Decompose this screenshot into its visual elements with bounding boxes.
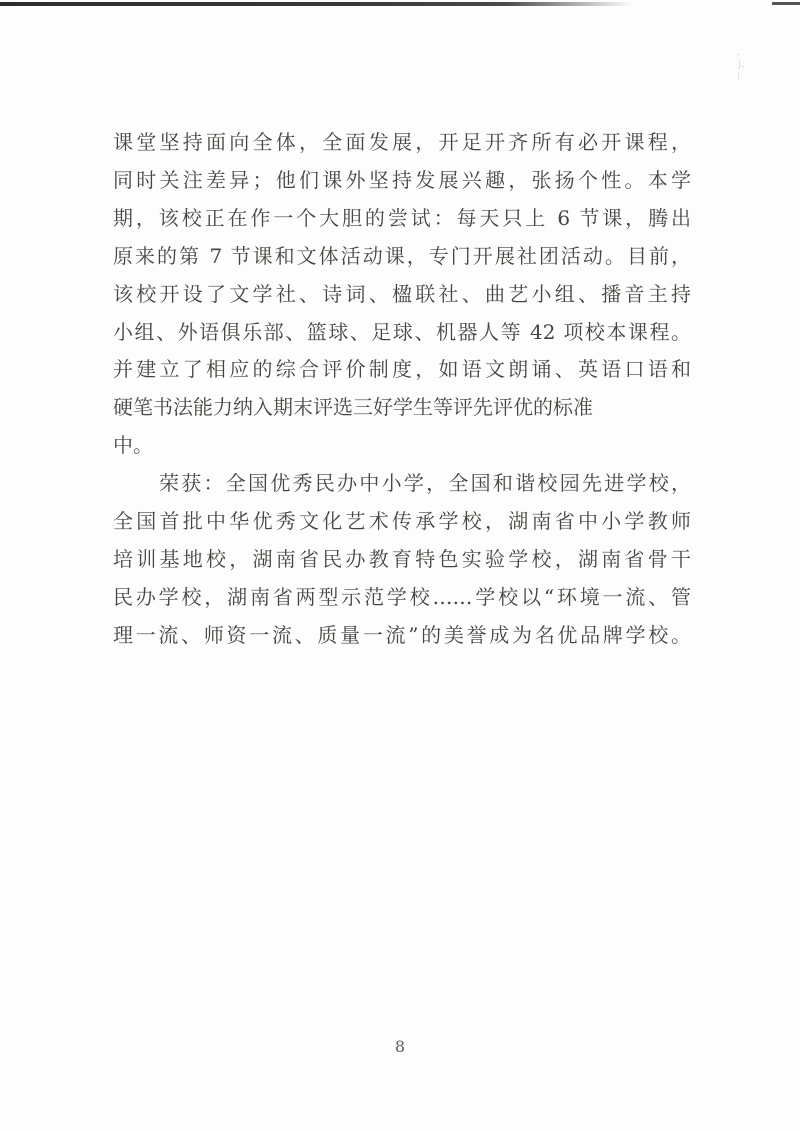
page-number: 8: [0, 1037, 800, 1056]
text-line: 期，该校正在作一个大胆的尝试：每天只上 6 节课，腾出: [113, 200, 691, 238]
text-line: 并建立了相应的综合评价制度，如语文朗诵、英语口语和: [113, 351, 691, 389]
text-line: 原来的第 7 节课和文体活动课，专门开展社团活动。目前，: [113, 238, 691, 276]
body-text: 课堂坚持面向全体，全面发展，开足开齐所有必开课程， 同时关注差异；他们课外坚持发…: [113, 124, 691, 655]
text-line: 课堂坚持面向全体，全面发展，开足开齐所有必开课程，: [113, 124, 691, 162]
text-line: 中。: [113, 427, 691, 465]
text-line: 理一流、师资一流、质量一流”的美誉成为名优品牌学校。: [113, 617, 691, 655]
text-line: 民办学校，湖南省两型示范学校……学校以“环境一流、管: [113, 579, 691, 617]
scanner-edge-dash-artifact: [772, 2, 800, 5]
scanned-document-page: 课堂坚持面向全体，全面发展，开足开齐所有必开课程， 同时关注差异；他们课外坚持发…: [0, 0, 800, 1131]
text-line: 全国首批中华优秀文化艺术传承学校，湖南省中小学教师: [113, 503, 691, 541]
text-line: 培训基地校，湖南省民办教育特色实验学校，湖南省骨干: [113, 541, 691, 579]
text-line: 同时关注差异；他们课外坚持发展兴趣，张扬个性。本学: [113, 162, 691, 200]
text-line-paragraph-start: 荣获：全国优秀民办中小学，全国和谐校园先进学校，: [113, 465, 691, 503]
text-line: 该校开设了文学社、诗词、楹联社、曲艺小组、播音主持: [113, 276, 691, 314]
scanner-edge-artifact: [0, 2, 632, 6]
text-line: 硬笔书法能力纳入期末评选三好学生等评先评优的标准: [113, 389, 691, 427]
scan-smudge-artifact: [733, 52, 747, 82]
text-line: 小组、外语俱乐部、篮球、足球、机器人等 42 项校本课程。: [113, 314, 691, 352]
